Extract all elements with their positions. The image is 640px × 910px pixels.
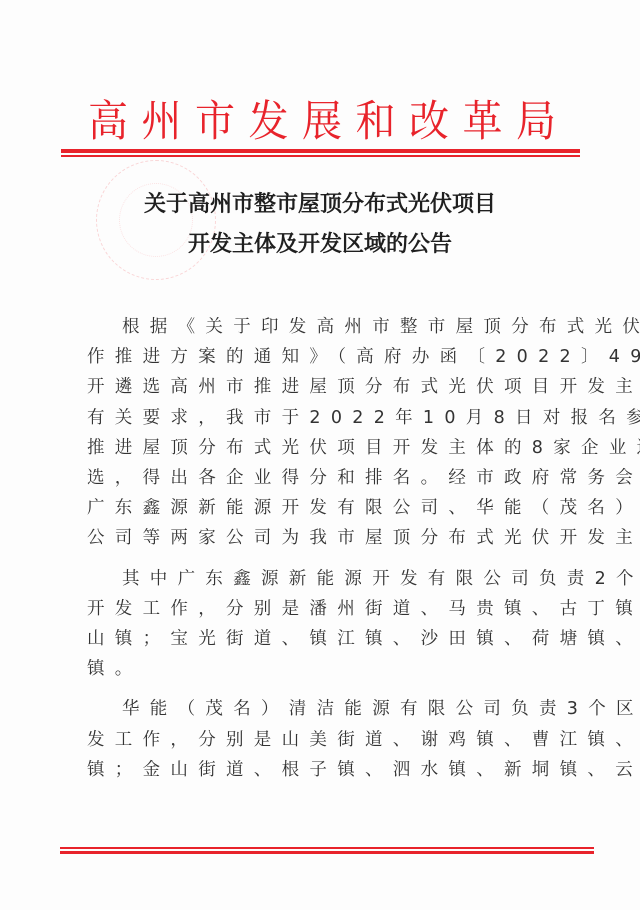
letterhead-char: 州 [142, 94, 182, 150]
text-line: 公司等两家公司为我市屋顶分布式光伏开发主体。 [87, 523, 563, 553]
text-line: 镇。 [87, 654, 563, 684]
text-line: 开发工作，分别是潘州街道、马贵镇、古丁镇、深镇镇、平 [87, 594, 563, 624]
document-title-line: 关于高州市整市屋顶分布式光伏项目 [60, 184, 580, 224]
text-line: 开遴选高州市推进屋顶分布式光伏项目开发主体的公告》的 [87, 372, 563, 402]
letterhead-char: 革 [463, 94, 503, 150]
document-title-line: 开发主体及开发区域的公告 [60, 224, 580, 264]
text-line: 镇；金山街道、根子镇、泗水镇、新垌镇、云潭镇、分界镇； [87, 755, 563, 785]
text-line: 其中广东鑫源新能源开发有限公司负责2个区域的主体 [87, 564, 563, 594]
text-line: 根据《关于印发高州市整市屋顶分布式光伏开发试点工 [87, 312, 563, 342]
text-line: 有关要求，我市于2022年10月8日对报名参加遴选高州市 [87, 403, 563, 433]
letterhead-char: 展 [302, 94, 342, 150]
paragraph-xinyuan-areas: 其中广东鑫源新能源开发有限公司负责2个区域的主体 开发工作，分别是潘州街道、马贵… [87, 564, 563, 685]
text-line: 作推进方案的通知》（高府办函〔2022〕49号）和《关于公 [87, 342, 563, 372]
document-title: 关于高州市整市屋顶分布式光伏项目 开发主体及开发区域的公告 [60, 184, 580, 264]
letterhead-divider-thin [61, 155, 580, 157]
text-line: 推进屋顶分布式光伏项目开发主体的8家企业进行了公开遴 [87, 433, 563, 463]
footer-divider-thin [60, 847, 594, 849]
letterhead-char: 局 [516, 94, 556, 150]
letterhead-char: 和 [356, 94, 396, 150]
text-line: 广东鑫源新能源开发有限公司、华能（茂名）清洁能源有限 [87, 493, 563, 523]
letterhead-char: 发 [249, 94, 289, 150]
text-line: 山镇；宝光街道、镇江镇、沙田镇、荷塘镇、南塘镇、石鼓 [87, 624, 563, 654]
document-body: 根据《关于印发高州市整市屋顶分布式光伏开发试点工 作推进方案的通知》（高府办函〔… [87, 312, 563, 795]
letterhead-char: 改 [409, 94, 449, 150]
letterhead-char: 高 [88, 94, 128, 150]
text-line: 选，得出各企业得分和排名。经市政府常务会议研究决定： [87, 463, 563, 493]
text-line: 发工作，分别是山美街道、谢鸡镇、曹江镇、大坡镇、长坡 [87, 725, 563, 755]
letterhead-divider-thick [61, 149, 580, 153]
footer-divider-thick [60, 851, 594, 854]
document-page: 高 州 市 发 展 和 改 革 局 关于高州市整市屋顶分布式光伏项目 开发主体及… [0, 0, 640, 910]
paragraph-huaneng-areas: 华能（茂名）清洁能源有限公司负责3个区域的主体开 发工作，分别是山美街道、谢鸡镇… [87, 694, 563, 785]
paragraph-announcement-basis: 根据《关于印发高州市整市屋顶分布式光伏开发试点工 作推进方案的通知》（高府办函〔… [87, 312, 563, 554]
letterhead-organization-name: 高 州 市 发 展 和 改 革 局 [60, 96, 580, 148]
text-line: 华能（茂名）清洁能源有限公司负责3个区域的主体开 [87, 694, 563, 724]
letterhead-char: 市 [195, 94, 235, 150]
